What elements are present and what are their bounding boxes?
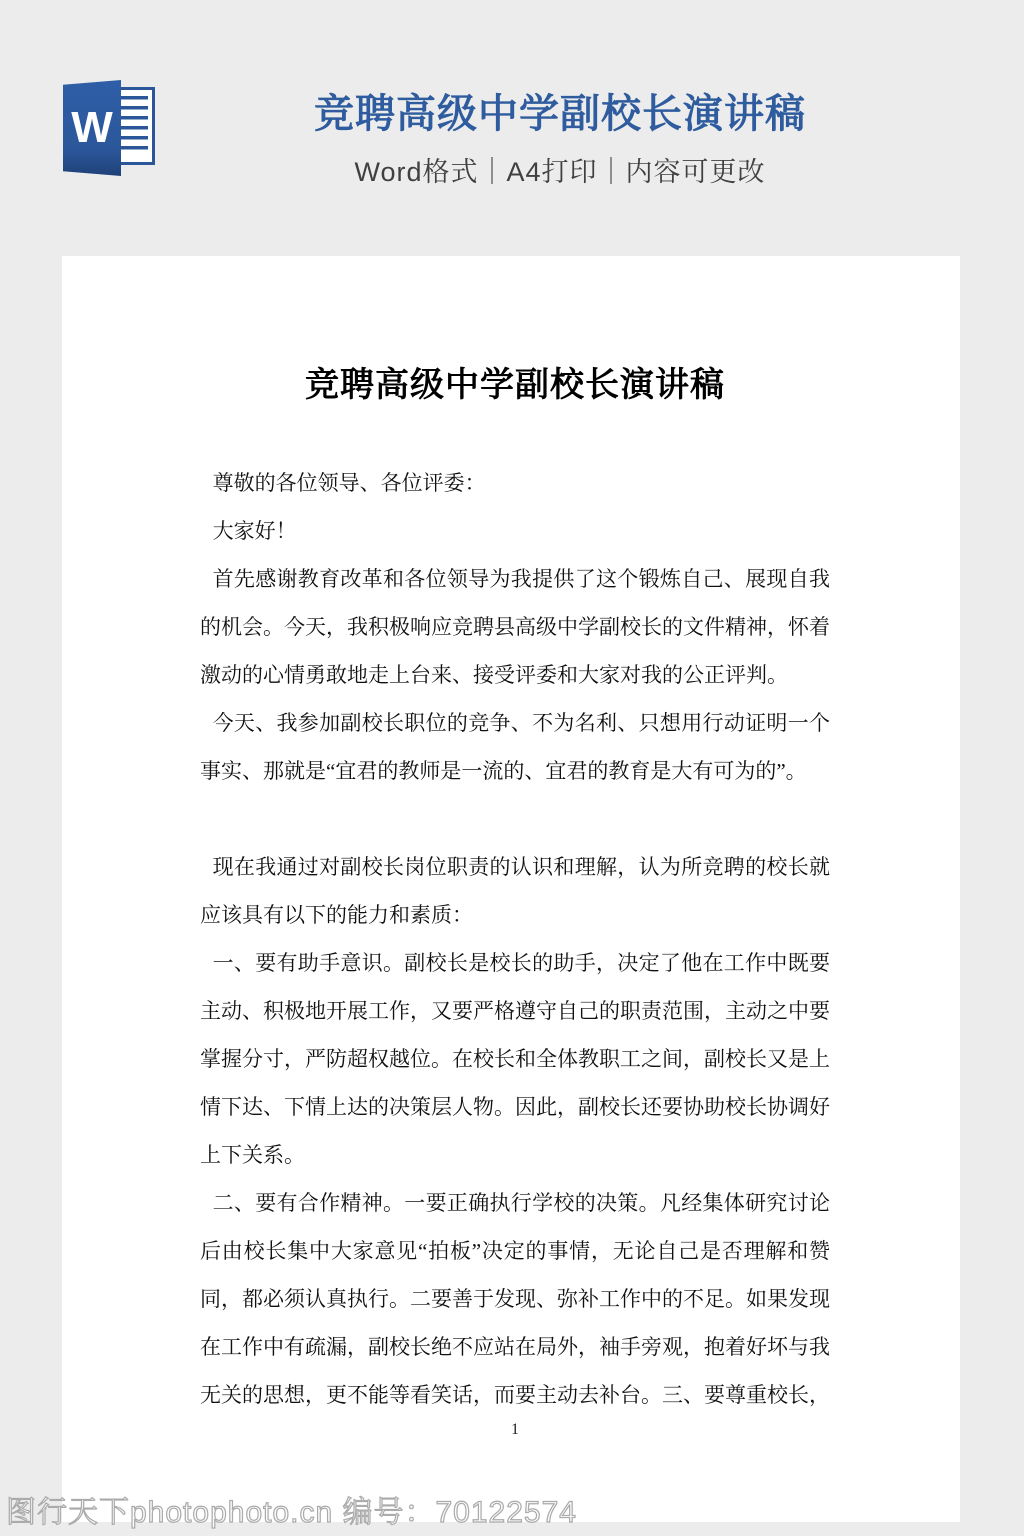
document-page: 竞聘高级中学副校长演讲稿 尊敬的各位领导、各位评委： 大家好！ 首先感谢教育改革…	[62, 256, 960, 1522]
doc-paragraph: 现在我通过对副校长岗位职责的认识和理解，认为所竞聘的校长就应该具有以下的能力和素…	[200, 843, 830, 939]
doc-paragraph: 今天、我参加副校长职位的竞争、不为名利、只想用行动证明一个事实、那就是“宜君的教…	[200, 699, 830, 795]
word-icon-slab: W	[63, 80, 121, 176]
site-watermark: 图行天下photophoto.cn 编号：70122574	[6, 1487, 577, 1531]
doc-paragraph: 二、要有合作精神。一要正确执行学校的决策。凡经集体研究讨论后由校长集中大家意见“…	[200, 1179, 830, 1419]
word-document-icon: W	[63, 80, 155, 176]
doc-paragraph: 一、要有助手意识。副校长是校长的助手，决定了他在工作中既要主动、积极地开展工作，…	[200, 939, 830, 1179]
doc-paragraph: 首先感谢教育改革和各位领导为我提供了这个锻炼自己、展现自我的机会。今天，我积极响…	[200, 555, 830, 699]
doc-paragraph-blank	[200, 795, 830, 843]
template-title: 竞聘高级中学副校长演讲稿	[160, 92, 960, 136]
word-icon-letter: W	[71, 106, 113, 150]
header-text: 竞聘高级中学副校长演讲稿 Word格式｜A4打印｜内容可更改	[160, 0, 960, 256]
doc-paragraph-salutation: 尊敬的各位领导、各位评委：	[200, 459, 830, 507]
doc-paragraph-greeting: 大家好！	[200, 507, 830, 555]
page-number: 1	[200, 1421, 830, 1439]
document-body: 尊敬的各位领导、各位评委： 大家好！ 首先感谢教育改革和各位领导为我提供了这个锻…	[200, 459, 830, 1419]
template-subtitle: Word格式｜A4打印｜内容可更改	[160, 150, 960, 189]
document-title: 竞聘高级中学副校长演讲稿	[200, 256, 830, 407]
document-content: 竞聘高级中学副校长演讲稿 尊敬的各位领导、各位评委： 大家好！ 首先感谢教育改革…	[62, 256, 960, 1439]
header: W 竞聘高级中学副校长演讲稿 Word格式｜A4打印｜内容可更改	[0, 0, 1024, 256]
